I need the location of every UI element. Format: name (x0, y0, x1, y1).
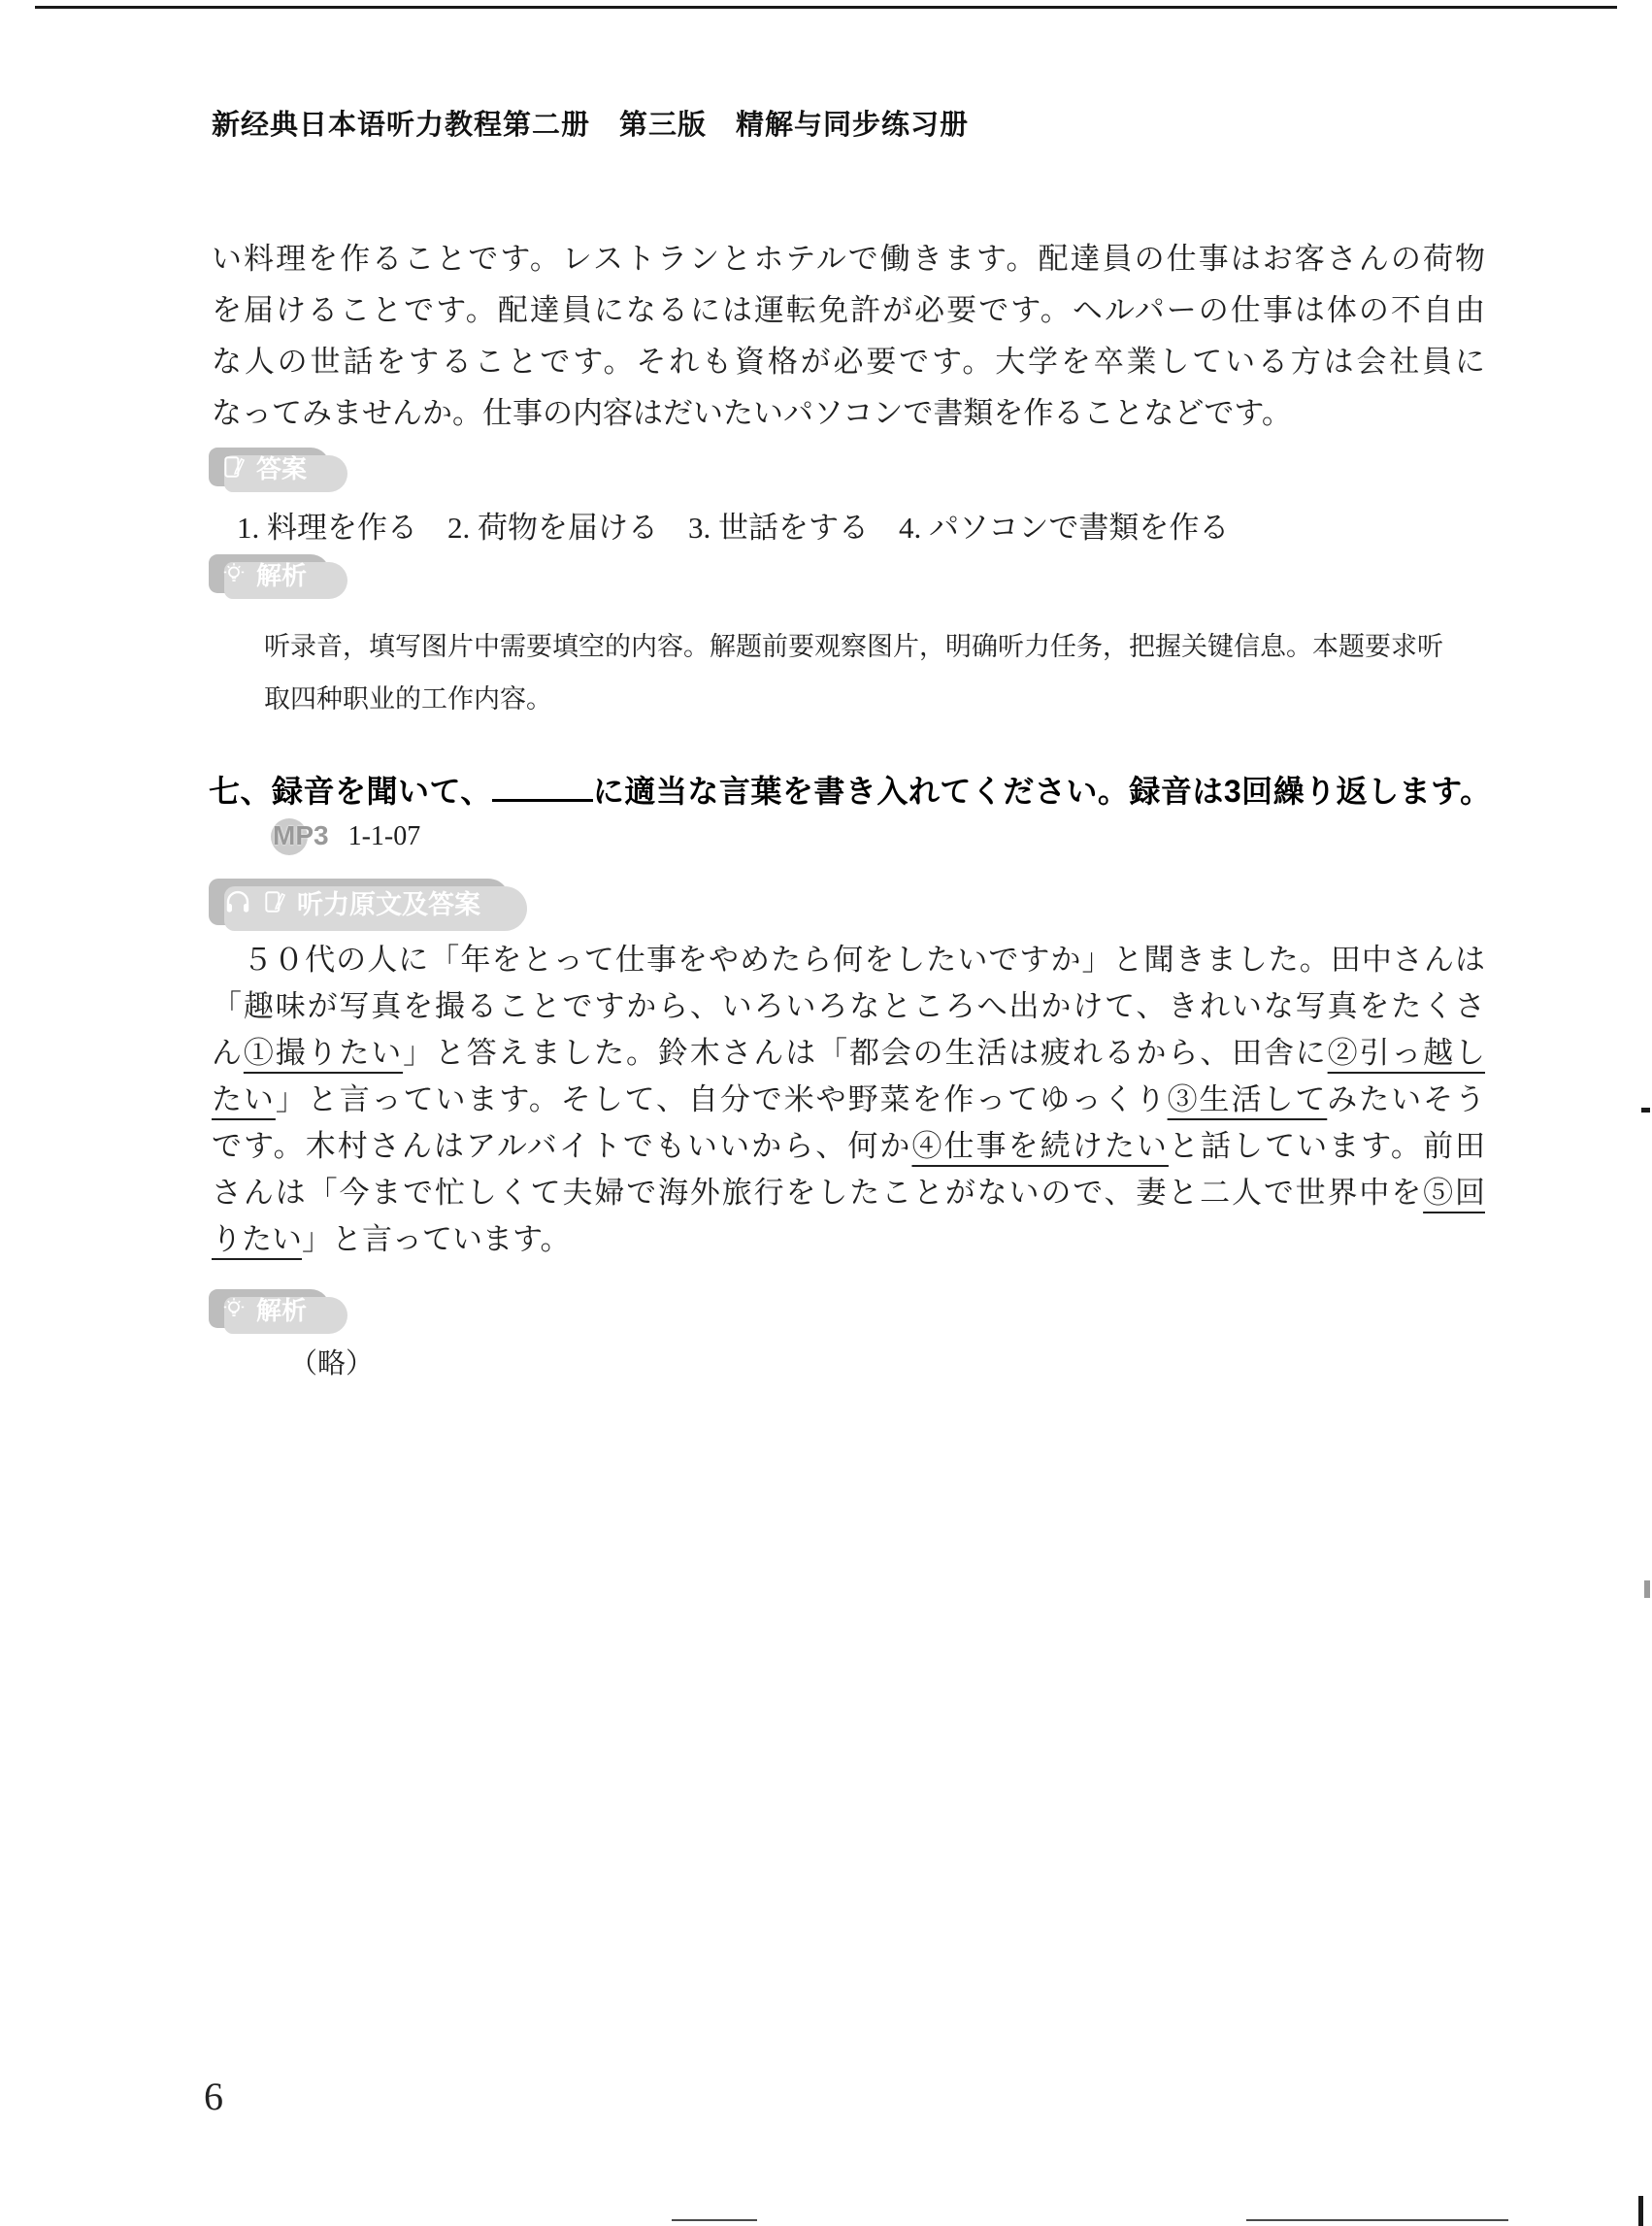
text-segment: なってみませんか。仕事の内容はだいたいパソコンで書類を作ることなどです。 (212, 396, 1292, 430)
scan-artifact-bottom-edge (672, 2219, 757, 2221)
text-segment: な人の世話をすることです。それも資格が必要です。大学を卒業している方は会社員に (212, 345, 1485, 379)
text-line: です。木村さんはアルバイトでもいいから、何か④仕事を続けたいと話しています。前田 (212, 1123, 1485, 1170)
text-segment: ５０代の人に「年をとって仕事をやめたら何をしたいですか」と聞きました。田中さんは (212, 943, 1485, 977)
answer-badge-label: 答案 (256, 449, 307, 485)
answers-text: 1. 料理を作る 2. 荷物を届ける 3. 世話をする 4. パソコンで書類を作… (237, 509, 1229, 548)
text-segment: みたいそう (1327, 1082, 1485, 1116)
page-number: 6 (204, 2074, 223, 2119)
passage-continuation: い料理を作ることです。レストランとホテルで働きます。配達員の仕事はお客さんの荷物… (212, 233, 1485, 439)
scan-artifact-right-edge (1644, 1580, 1650, 1598)
analysis-text: 听录音，填写图片中需要填空的内容。解题前要观察图片，明确听力任务，把握关键信息。… (264, 620, 1485, 725)
text-segment: 」と答えました。鈴木さんは「都会の生活は疲れるから、田舎に (403, 1036, 1328, 1070)
scan-artifact-top-edge (35, 6, 1617, 9)
transcript-badge-label: 听力原文及答案 (297, 883, 480, 921)
fill-in-blank (492, 770, 593, 802)
scan-artifact-bottom-edge (1246, 2219, 1508, 2221)
audio-track-reference: MP3 1-1-07 (273, 820, 420, 859)
underlined-answer-segment: ⑤回 (1423, 1176, 1485, 1210)
underlined-answer-segment: ①撮りたい (244, 1036, 403, 1070)
text-line: 取四种职业的工作内容。 (264, 673, 1485, 725)
text-line: ５０代の人に「年をとって仕事をやめたら何をしたいですか」と聞きました。田中さんは (212, 937, 1485, 983)
underlined-answer-segment: ③生活して (1168, 1082, 1328, 1116)
text-line: を届けることです。配達員になるには運転免許が必要です。ヘルパーの仕事は体の不自由 (212, 284, 1485, 336)
pen-note-icon (262, 889, 287, 914)
underlined-answer-segment: ④仕事を続けたい (911, 1129, 1168, 1163)
text-segment: です。木村さんはアルバイトでもいいから、何か (212, 1129, 911, 1163)
analysis-badge-label: 解析 (256, 556, 307, 592)
transcript-text: ５０代の人に「年をとって仕事をやめたら何をしたいですか」と聞きました。田中さんは… (212, 937, 1485, 1263)
mp3-track-number: 1-1-07 (348, 821, 421, 851)
text-line: なってみませんか。仕事の内容はだいたいパソコンで書類を作ることなどです。 (212, 387, 1485, 439)
text-line: さんは「今まで忙しくて夫婦で海外旅行をしたことがないので、妻と二人で世界中を⑤回 (212, 1170, 1485, 1216)
underlined-answer-segment: りたい (212, 1222, 302, 1256)
text-line: 听录音，填写图片中需要填空的内容。解题前要观察图片，明确听力任务，把握关键信息。… (264, 620, 1485, 673)
text-segment: と話しています。前田 (1169, 1129, 1485, 1163)
headphones-icon (223, 887, 252, 916)
text-line: な人の世話をすることです。それも資格が必要です。大学を卒業している方は会社員に (212, 336, 1485, 387)
scan-artifact-right-edge (1641, 1108, 1650, 1113)
pen-note-icon (221, 454, 247, 480)
text-line: たい」と言っています。そして、自分で米や野菜を作ってゆっくり③生活してみたいそう (212, 1077, 1485, 1123)
lightbulb-icon (221, 561, 247, 586)
text-segment: 」と言っています。そして、自分で米や野菜を作ってゆっくり (276, 1082, 1168, 1116)
text-line: い料理を作ることです。レストランとホテルで働きます。配達員の仕事はお客さんの荷物 (212, 233, 1485, 284)
text-segment: 」と言っています。 (302, 1222, 571, 1256)
scan-artifact-corner (1638, 2196, 1643, 2226)
transcript-badge: 听力原文及答案 (209, 879, 510, 925)
text-segment: を届けることです。配達員になるには運転免許が必要です。ヘルパーの仕事は体の不自由 (212, 293, 1485, 327)
lightbulb-icon (221, 1296, 247, 1321)
underlined-answer-segment: たい (212, 1082, 276, 1116)
scanned-book-page: 新经典日本语听力教程第二册 第三版 精解与同步练习册 い料理を作ることです。レス… (0, 0, 1652, 2226)
text-segment: 「趣味が写真を撮ることですから、いろいろなところへ出かけて、きれいな写真をたくさ (212, 989, 1485, 1023)
analysis-badge-label: 解析 (256, 1291, 307, 1327)
heading-prefix: 七、録音を聞いて、 (209, 774, 492, 809)
analysis-badge: 解析 (209, 1289, 330, 1328)
text-segment: 取四种职业的工作内容。 (264, 684, 552, 714)
text-segment: 听录音，填写图片中需要填空的内容。解题前要观察图片，明确听力任务，把握关键信息。… (264, 632, 1443, 661)
answer-badge: 答案 (209, 448, 330, 486)
text-line: 「趣味が写真を撮ることですから、いろいろなところへ出かけて、きれいな写真をたくさ (212, 983, 1485, 1030)
text-line: りたい」と言っています。 (212, 1216, 1485, 1263)
heading-suffix: に適当な言葉を書き入れてください。録音は3回繰り返します。 (593, 774, 1492, 809)
analysis-badge: 解析 (209, 554, 330, 593)
underlined-answer-segment: ②引っ越し (1328, 1036, 1485, 1070)
mp3-label: MP3 (273, 820, 329, 850)
section-heading: 七、録音を聞いて、に適当な言葉を書き入れてください。録音は3回繰り返します。 (209, 767, 1500, 812)
text-segment: ん (212, 1036, 244, 1070)
text-segment: さんは「今まで忙しくて夫婦で海外旅行をしたことがないので、妻と二人で世界中を (212, 1176, 1423, 1210)
text-segment: い料理を作ることです。レストランとホテルで働きます。配達員の仕事はお客さんの荷物 (212, 242, 1485, 276)
analysis-omitted-note: （略） (289, 1346, 374, 1381)
text-line: ん①撮りたい」と答えました。鈴木さんは「都会の生活は疲れるから、田舎に②引っ越し (212, 1030, 1485, 1077)
book-running-header: 新经典日本语听力教程第二册 第三版 精解与同步练习册 (212, 103, 969, 143)
